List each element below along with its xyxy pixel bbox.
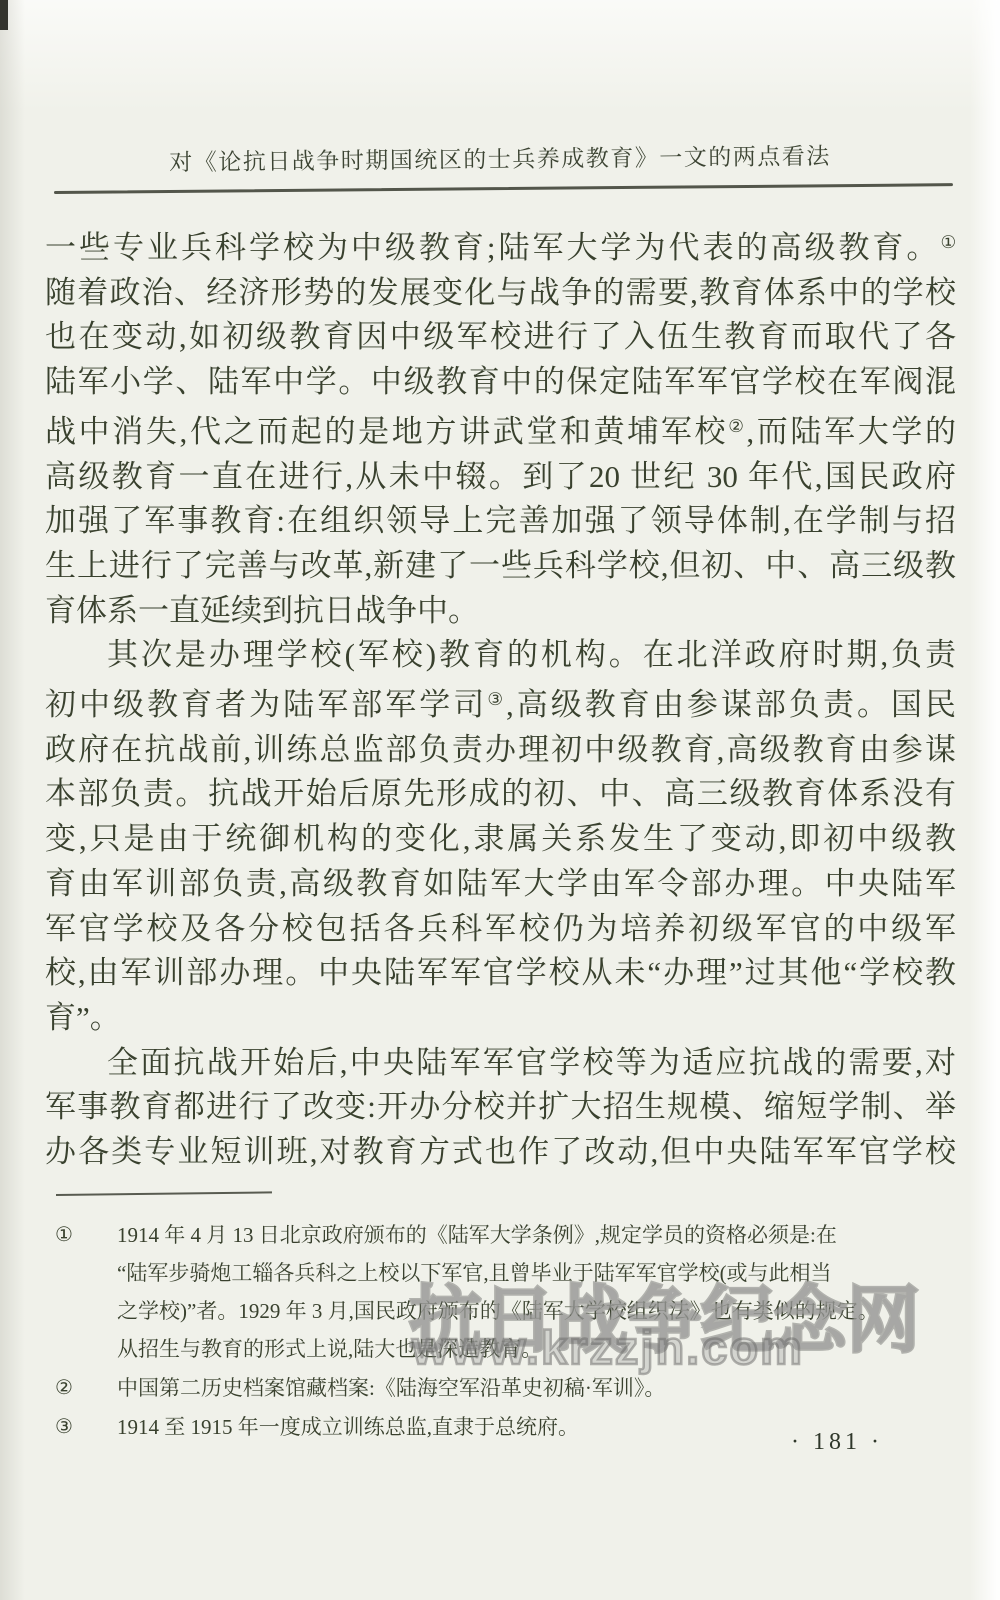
body-line: 军官学校及各分校包括各兵科军校仍为培养初级军官的中级军: [45, 907, 956, 952]
body-line: 生上进行了完善与改革,新建了一些兵科学校,但初、中、高三级教: [45, 544, 956, 589]
body-line: 育由军训部负责,高级教育如陆军大学由军令部办理。中央陆军: [45, 862, 956, 907]
body-line: 战中消失,代之而起的是地方讲武堂和黄埔军校②,而陆军大学的: [45, 405, 956, 455]
body-line: 高级教育一直在进行,从未中辍。到了20 世纪 30 年代,国民政府: [45, 455, 956, 500]
footnote-ref: ①: [940, 233, 956, 252]
scan-edge-artifact: [0, 0, 8, 30]
footnote-marker: ③: [55, 1408, 117, 1446]
body-line: 初中级教育者为陆军部军学司③,高级教育由参谋部负责。国民: [45, 678, 956, 728]
body-line: 随着政治、经济形势的发展变化与战争的需要,教育体系中的学校: [45, 271, 956, 316]
body-line: 政府在抗战前,训练总监部负责办理初中级教育,高级教育由参谋: [45, 728, 956, 773]
page-number: · 181 ·: [782, 1429, 892, 1456]
body-line: 加强了军事教育:在组织领导上完善加强了领导体制,在学制与招: [45, 499, 956, 544]
body-line: 全面抗战开始后,中央陆军军官学校等为适应抗战的需要,对: [45, 1041, 956, 1086]
body-line: 办各类专业短训班,对教育方式也作了改动,但中央陆军军官学校: [45, 1130, 956, 1175]
footnote: ②中国第二历史档案馆藏档案:《陆海空军沿革史初稿·军训》。: [55, 1369, 956, 1407]
body-line: 校,由军训部办理。中央陆军军官学校从未“办理”过其他“学校教: [45, 951, 956, 996]
body-line: 其次是办理学校(军校)教育的机构。在北洋政府时期,负责: [45, 633, 956, 678]
footnote-list: ①1914 年 4 月 13 日北京政府颁布的《陆军大学条例》,规定学员的资格必…: [55, 1216, 956, 1447]
footnote-text: 1914 年 4 月 13 日北京政府颁布的《陆军大学条例》,规定学员的资格必须…: [117, 1216, 956, 1368]
body-line: 本部负责。抗战开始后原先形成的初、中、高三级教育体系没有: [45, 772, 956, 817]
footnote-ref: ②: [728, 417, 746, 436]
header-rule: [54, 183, 953, 194]
body-line: 陆军小学、陆军中学。中级教育中的保定陆军军官学校在军阀混: [45, 360, 956, 405]
footnote-separator-rule: [56, 1191, 272, 1196]
body-line: 军事教育都进行了改变:开办分校并扩大招生规模、缩短学制、举: [45, 1085, 956, 1130]
body-line: 也在变动,如初级教育因中级军校进行了入伍生教育而取代了各: [45, 315, 956, 360]
footnote: ①1914 年 4 月 13 日北京政府颁布的《陆军大学条例》,规定学员的资格必…: [55, 1216, 956, 1368]
footnote-ref: ③: [487, 690, 506, 709]
running-head-title: 对《论抗日战争时期国统区的士兵养成教育》一文的两点看法: [0, 136, 1000, 179]
body-line: 一些专业兵科学校为中级教育;陆军大学为代表的高级教育。①: [45, 221, 956, 271]
body-line: 育体系一直延续到抗日战争中。: [45, 589, 956, 634]
body-line: 变,只是由于统御机构的变化,隶属关系发生了变动,即初中级教: [45, 817, 956, 862]
footnote-marker: ②: [55, 1369, 117, 1407]
body-line: 育”。: [45, 996, 956, 1041]
footnote-marker: ①: [55, 1216, 117, 1254]
scanned-book-page: 对《论抗日战争时期国统区的士兵养成教育》一文的两点看法 一些专业兵科学校为中级教…: [0, 0, 1000, 1600]
body-text: 一些专业兵科学校为中级教育;陆军大学为代表的高级教育。①随着政治、经济形势的发展…: [45, 221, 956, 1175]
footnote-text: 中国第二历史档案馆藏档案:《陆海空军沿革史初稿·军训》。: [117, 1369, 956, 1407]
